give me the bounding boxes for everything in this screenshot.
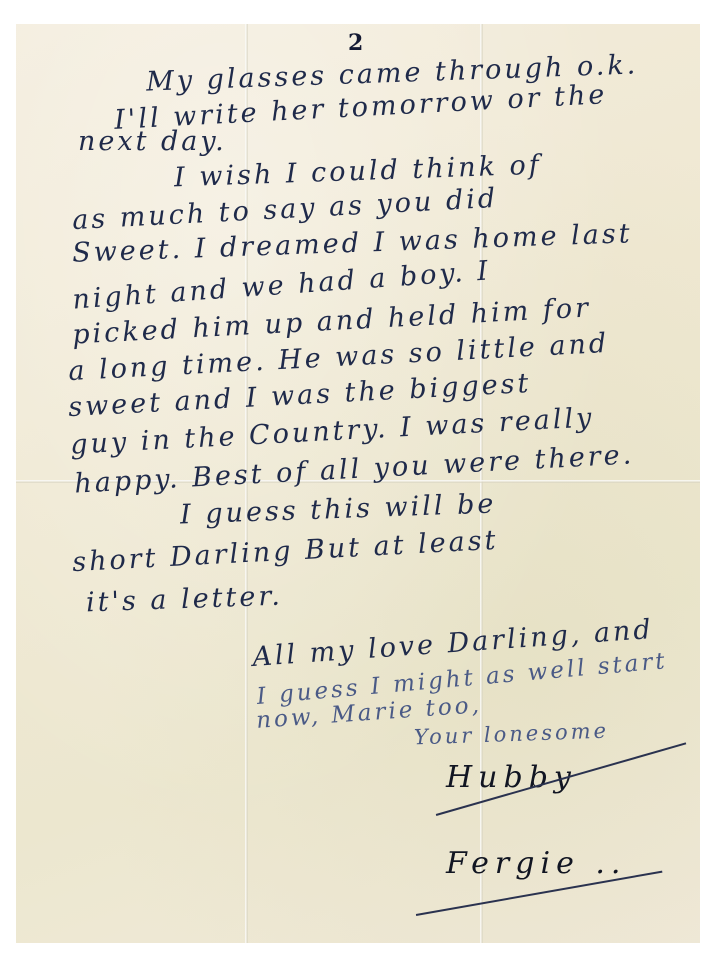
page-number: 2 xyxy=(348,30,366,56)
letter-line-13: I guess this will be xyxy=(180,488,497,530)
letter-paper: 2 My glasses came through o.k. I'll writ… xyxy=(16,24,700,943)
valediction: Your lonesome xyxy=(414,719,610,750)
letter-line-3: next day. xyxy=(78,126,227,157)
signature-fergie: Fergie .. xyxy=(446,846,626,881)
letter-line-15: it's a letter. xyxy=(86,581,284,619)
signature-hubby: Hubby xyxy=(446,760,577,795)
letter-line-14: short Darling But at least xyxy=(71,525,499,578)
